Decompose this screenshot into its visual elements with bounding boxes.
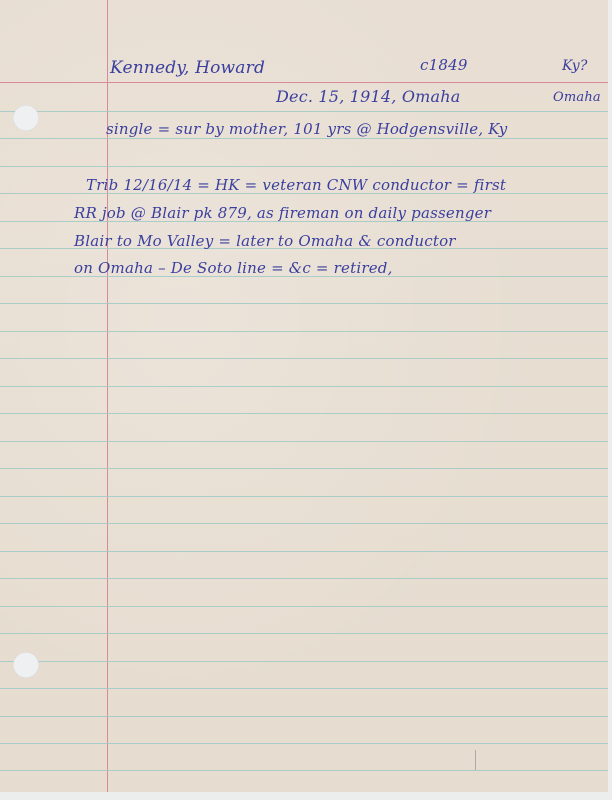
ruled-line xyxy=(0,441,608,442)
note-line: Trib 12/16/14 = HK = veteran CNW conduct… xyxy=(86,176,506,194)
ruled-line xyxy=(0,468,608,469)
note-line: Blair to Mo Valley = later to Omaha & co… xyxy=(74,232,456,250)
ruled-line xyxy=(0,303,608,304)
death-date-place: Dec. 15, 1914, Omaha xyxy=(276,87,461,106)
punch-hole-bottom xyxy=(13,652,39,678)
pencil-mark xyxy=(475,750,476,770)
ruled-line xyxy=(0,606,608,607)
notebook-page: Kennedy, Howard c1849 Ky? Dec. 15, 1914,… xyxy=(0,0,608,792)
note-line: on Omaha – De Soto line = &c = retired, xyxy=(74,259,393,277)
ruled-line xyxy=(0,331,608,332)
header-line xyxy=(0,82,608,83)
birth-year: c1849 xyxy=(420,56,468,74)
note-line: RR job @ Blair pk 879, as fireman on dai… xyxy=(74,204,491,222)
ruled-line xyxy=(0,743,608,744)
person-name: Kennedy, Howard xyxy=(110,58,265,78)
ruled-line xyxy=(0,111,608,112)
ruled-line xyxy=(0,633,608,634)
ruled-line xyxy=(0,770,608,771)
punch-hole-top xyxy=(13,105,39,131)
birth-place: Ky? xyxy=(562,58,588,74)
margin-line xyxy=(107,0,108,792)
ruled-line xyxy=(0,358,608,359)
ruled-line xyxy=(0,688,608,689)
summary-line: single = sur by mother, 101 yrs @ Hodgen… xyxy=(106,120,507,138)
ruled-line xyxy=(0,413,608,414)
death-place-short: Omaha xyxy=(553,90,601,105)
ruled-line xyxy=(0,716,608,717)
ruled-line xyxy=(0,661,608,662)
ruled-line xyxy=(0,551,608,552)
ruled-line xyxy=(0,138,608,139)
ruled-line xyxy=(0,496,608,497)
ruled-line xyxy=(0,523,608,524)
ruled-line xyxy=(0,166,608,167)
ruled-line xyxy=(0,386,608,387)
ruled-line xyxy=(0,578,608,579)
